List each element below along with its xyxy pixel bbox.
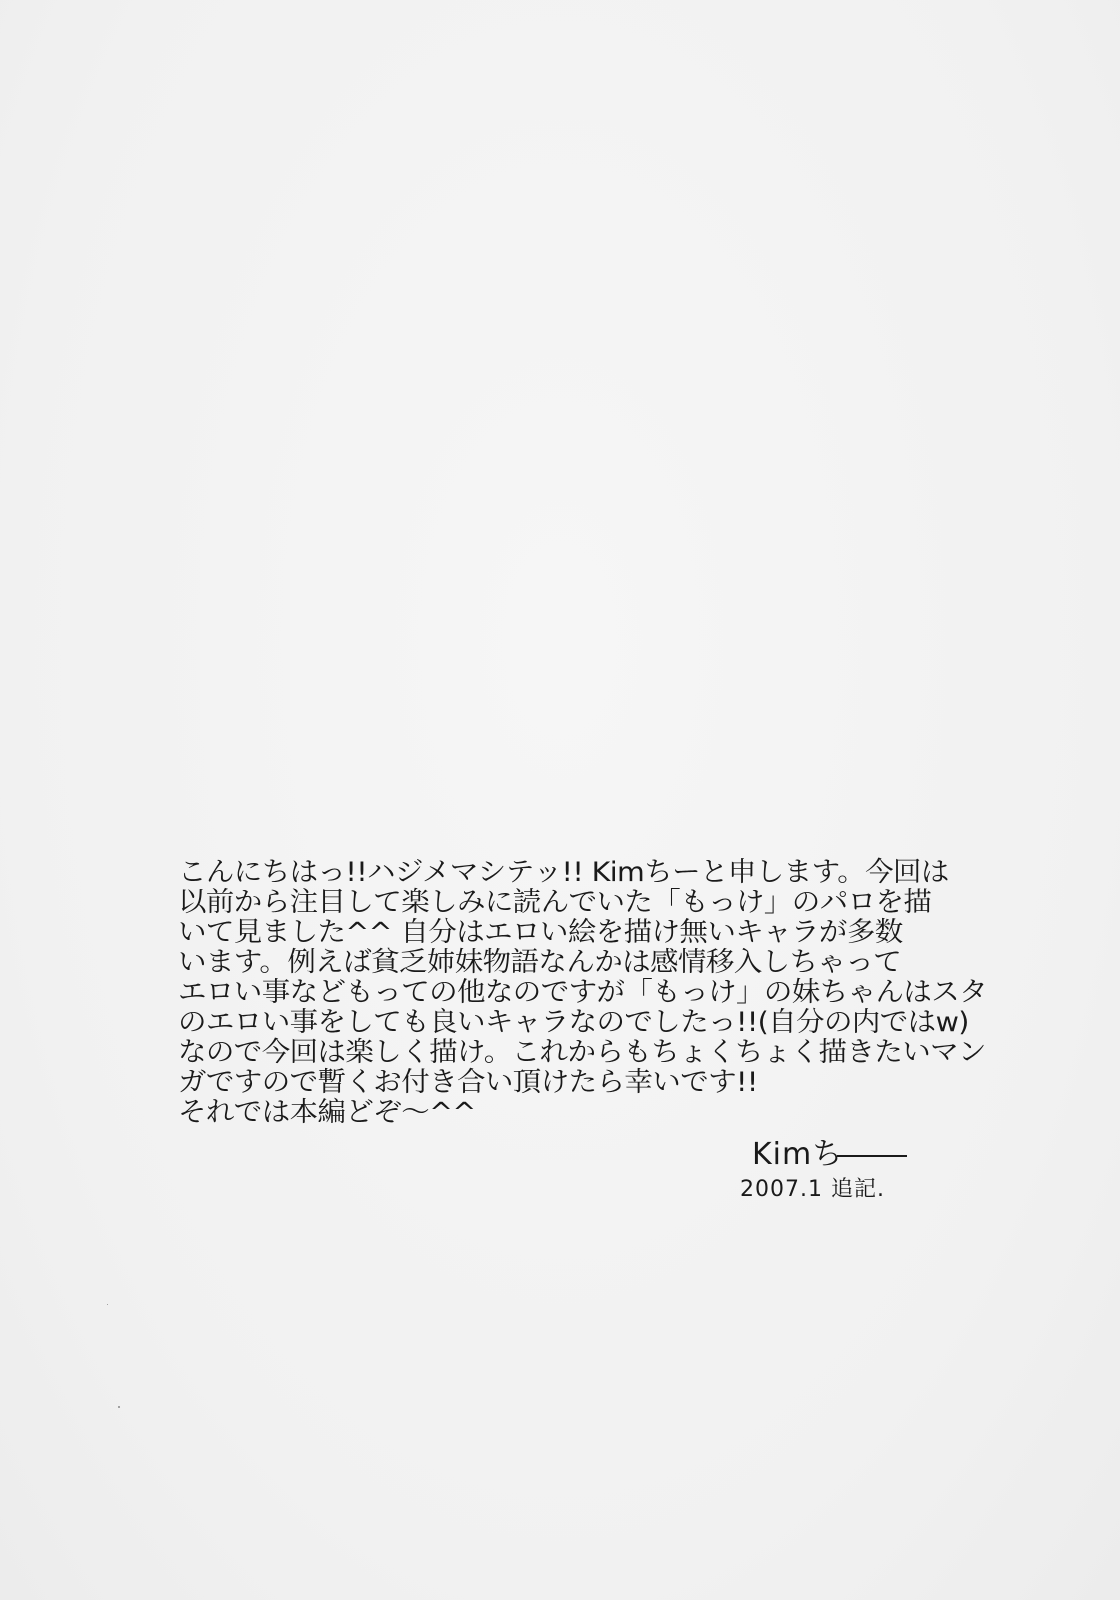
- note-line: なので今回は楽しく描け。これからもちょくちょく描きたいマン: [178, 1038, 958, 1067]
- note-line: ガですので暫くお付き合い頂けたら幸いです!!: [178, 1068, 958, 1097]
- note-line: いて見ました^^ 自分はエロい絵を描け無いキャラが多数: [178, 918, 958, 947]
- signature-date: 2007.1 追記.: [740, 1178, 885, 1202]
- scanned-page: こんにちはっ!!ハジメマシテッ!! Kimちーと申します。今回は 以前から注目し…: [0, 0, 1120, 1600]
- author-signature: Kimち: [752, 1140, 907, 1170]
- note-line: のエロい事をしても良いキャラなのでしたっ!!(自分の内ではw): [178, 1008, 958, 1037]
- note-line: エロい事などもっての他なのですが「もっけ」の妹ちゃんはスタ: [178, 978, 958, 1007]
- note-line: います。例えば貧乏姉妹物語なんかは感情移入しちゃって: [178, 948, 958, 977]
- afterword-note: こんにちはっ!!ハジメマシテッ!! Kimちーと申します。今回は 以前から注目し…: [178, 858, 958, 1128]
- signature-dash: [837, 1155, 907, 1157]
- note-line: こんにちはっ!!ハジメマシテッ!! Kimちーと申します。今回は: [178, 858, 958, 887]
- scan-speck: [118, 1406, 120, 1408]
- signature-name: Kimち: [752, 1137, 843, 1172]
- note-line: 以前から注目して楽しみに読んでいた「もっけ」のパロを描: [178, 888, 958, 917]
- scan-speck: [107, 1304, 108, 1305]
- note-line: それでは本編どぞ～^^: [178, 1098, 958, 1127]
